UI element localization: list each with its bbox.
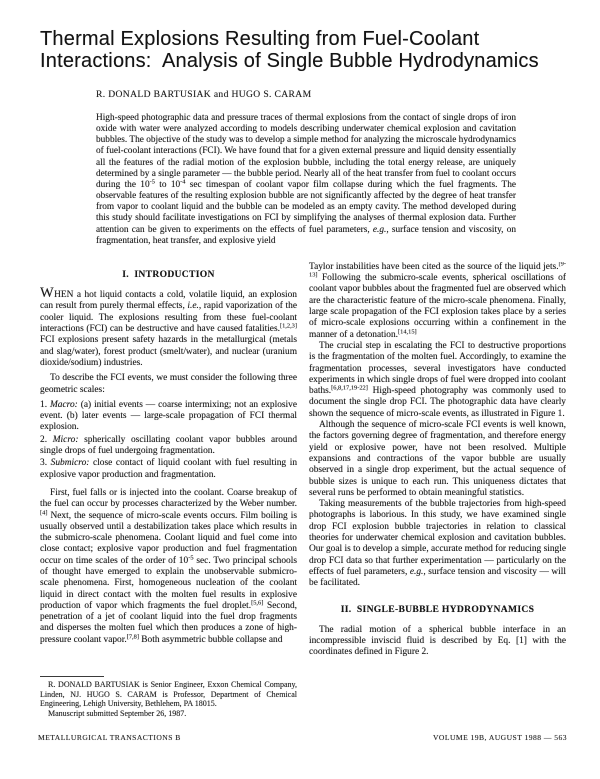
list-item-submicro: 3. Submicro: close contact of liquid coo… bbox=[40, 458, 297, 481]
body-paragraph-jets: Taylor instabilities have been cited as … bbox=[309, 262, 566, 341]
body-paragraph-sequence: Although the sequence of micro-scale FCI… bbox=[309, 420, 566, 499]
right-column: Taylor instabilities have been cited as … bbox=[309, 262, 566, 722]
volume-page-info: VOLUME 19B, AUGUST 1988 — 563 bbox=[433, 733, 567, 742]
author-footnote: R. DONALD BARTUSIAK is Senior Engineer, … bbox=[40, 676, 297, 722]
left-column: I. INTRODUCTION WHEN a hot liquid contac… bbox=[40, 262, 297, 722]
list-item-macro: 1. Macro: (a) initial events — coarse in… bbox=[40, 400, 297, 434]
abstract-text: High-speed photographic data and pressur… bbox=[96, 113, 516, 247]
body-paragraph-radial-motion: The radial motion of a spherical bubble … bbox=[309, 625, 566, 659]
author-byline: R. DONALD BARTUSIAK and HUGO S. CARAM bbox=[96, 89, 566, 100]
page-footer: METALLURGICAL TRANSACTIONS B VOLUME 19B,… bbox=[38, 733, 567, 742]
journal-page: Thermal Explosions Resulting from Fuel-C… bbox=[0, 0, 600, 779]
intro-paragraph-2: To describe the FCI events, we must cons… bbox=[40, 373, 297, 396]
section-heading-introduction: I. INTRODUCTION bbox=[40, 269, 297, 280]
footnote-rule bbox=[40, 676, 104, 677]
footnote-manuscript-date: Manuscript submitted September 26, 1987. bbox=[40, 709, 297, 719]
journal-name: METALLURGICAL TRANSACTIONS B bbox=[38, 733, 181, 742]
intro-paragraph-1: WHEN a hot liquid contacts a cold, volat… bbox=[40, 288, 297, 369]
intro-paragraph-3: First, fuel falls or is injected into th… bbox=[40, 488, 297, 646]
article-title-line-2: Interactions: Analysis of Single Bubble … bbox=[40, 50, 539, 72]
article-title-line-1: Thermal Explosions Resulting from Fuel-C… bbox=[40, 28, 479, 50]
geometric-scale-list: 1. Macro: (a) initial events — coarse in… bbox=[40, 399, 297, 482]
intro-paragraph-1-text: HEN a hot liquid contacts a cold, volati… bbox=[40, 290, 297, 368]
dropcap-initial: W bbox=[40, 285, 54, 301]
footnote-affiliations: R. DONALD BARTUSIAK is Senior Engineer, … bbox=[40, 680, 297, 709]
body-paragraph-measurements: Taking measurements of the bubble trajec… bbox=[309, 499, 566, 589]
list-item-micro: 2. Micro: spherically oscillating coolan… bbox=[40, 435, 297, 458]
article-title: Thermal Explosions Resulting from Fuel-C… bbox=[40, 28, 566, 72]
section-heading-hydrodynamics: II. SINGLE-BUBBLE HYDRODYNAMICS bbox=[309, 604, 566, 615]
two-column-body: I. INTRODUCTION WHEN a hot liquid contac… bbox=[40, 262, 566, 722]
body-paragraph-fragmentation: The crucial step in escalating the FCI t… bbox=[309, 341, 566, 420]
